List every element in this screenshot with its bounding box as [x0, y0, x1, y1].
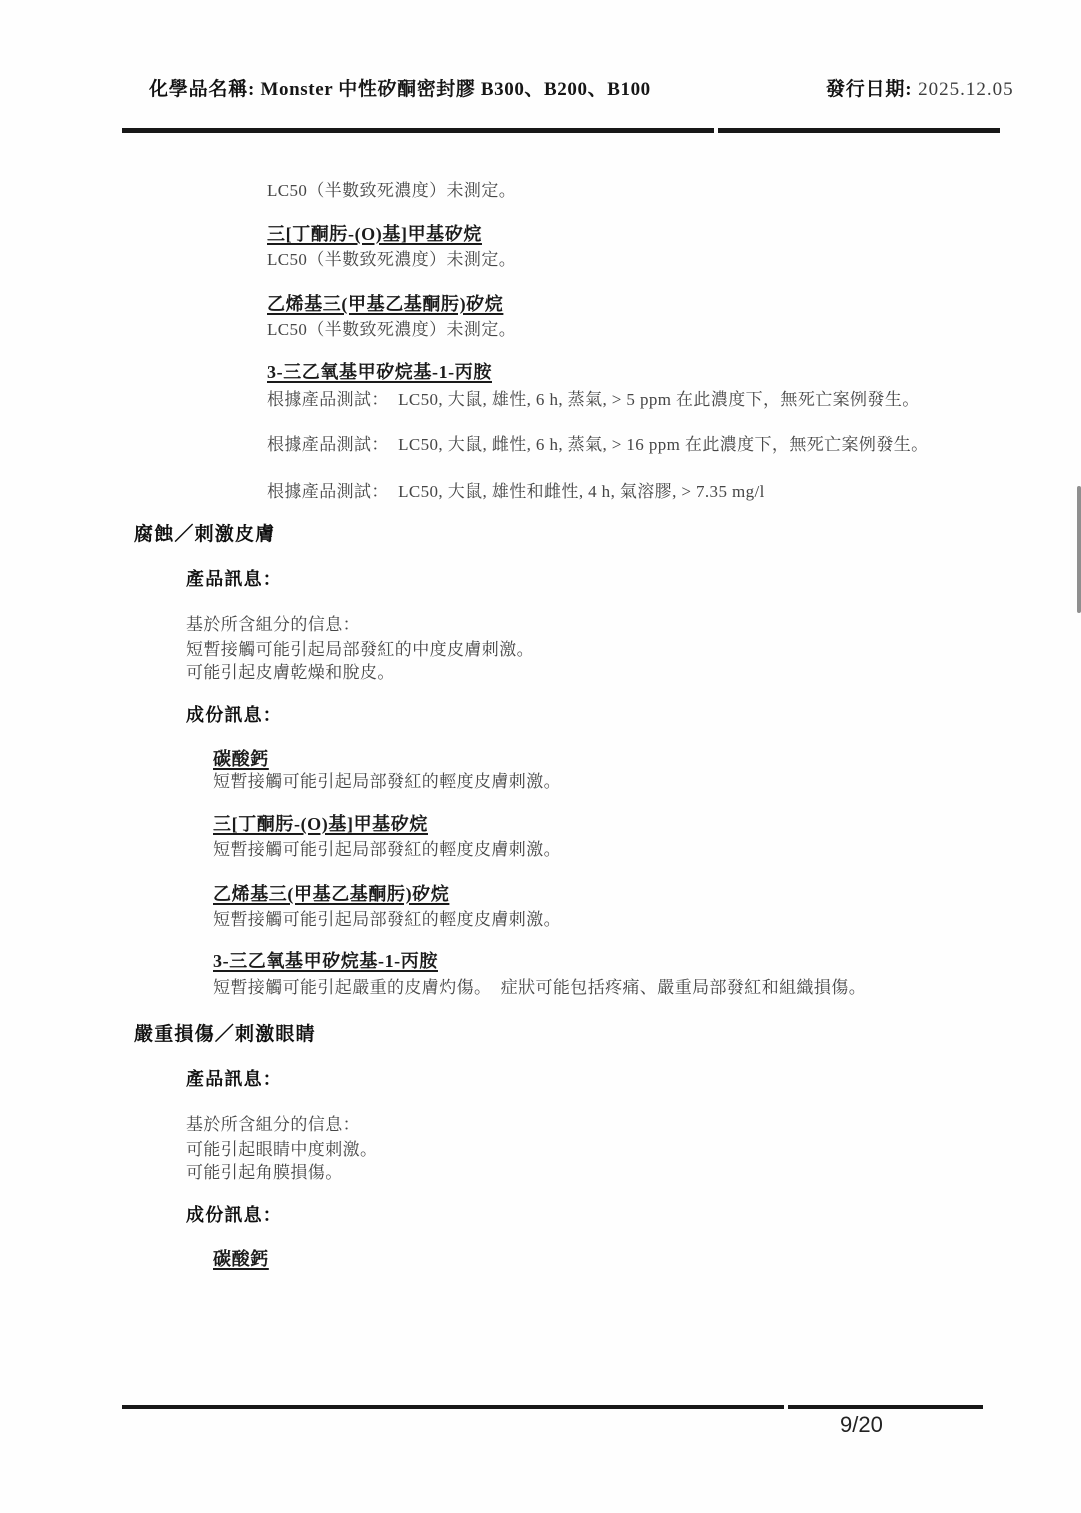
skin-component-effect: 短暫接觸可能引起局部發紅的輕度皮膚刺激。: [213, 840, 561, 860]
skin-component-effect: 短暫接觸可能引起局部發紅的輕度皮膚刺激。: [213, 772, 561, 792]
lc50-test-result-1: 根據產品測試： LC50, 大鼠, 雄性, 6 h, 蒸氣, > 5 ppm 在…: [267, 390, 920, 410]
skin-component-name-triethoxysilyl-propylamine: 3-三乙氧基甲矽烷基-1-丙胺: [213, 951, 438, 973]
skin-component-name-calcium-carbonate: 碳酸鈣: [213, 749, 269, 771]
eye-product-info-line: 可能引起眼睛中度刺激。: [186, 1140, 377, 1160]
lc50-not-determined-3: LC50（半數致死濃度）未測定。: [267, 320, 516, 340]
skin-component-name-butanone-oxime-silane: 三[丁酮肟-(O)基]甲基矽烷: [213, 814, 428, 836]
skin-product-info-label: 產品訊息：: [186, 569, 282, 591]
product-name-value: Monster 中性矽酮密封膠 B300、B200、B100: [261, 79, 651, 100]
footer-divider-right: [788, 1405, 983, 1409]
skin-product-info-line: 短暫接觸可能引起局部發紅的中度皮膚刺激。: [186, 640, 534, 660]
skin-component-name-vinyl-silane: 乙烯基三(甲基乙基酮肟)矽烷: [213, 884, 449, 906]
skin-product-info-line: 可能引起皮膚乾燥和脫皮。: [186, 663, 395, 683]
section-title-skin-corrosion: 腐蝕／刺激皮膚: [134, 524, 275, 547]
component-name-butanone-oxime-silane: 三[丁酮肟-(O)基]甲基矽烷: [267, 224, 482, 246]
header-issue-date-line: 發行日期: 2025.12.05: [810, 60, 1014, 121]
eye-product-info-label: 產品訊息：: [186, 1069, 282, 1091]
section-title-eye-damage: 嚴重損傷／刺激眼睛: [134, 1024, 316, 1047]
eye-ingredient-info-label: 成份訊息：: [186, 1205, 282, 1227]
product-name-label: 化學品名稱:: [149, 79, 255, 100]
skin-ingredient-info-label: 成份訊息：: [186, 705, 282, 727]
lc50-not-determined-2: LC50（半數致死濃度）未測定。: [267, 250, 516, 270]
header-divider-left: [122, 128, 714, 133]
header-divider-right: [718, 128, 1000, 133]
issue-date-label: 發行日期:: [826, 79, 912, 100]
footer-divider-left: [122, 1405, 784, 1409]
issue-date-value: 2025.12.05: [918, 79, 1014, 100]
eye-component-name-calcium-carbonate: 碳酸鈣: [213, 1249, 269, 1271]
page-number: 9/20: [840, 1412, 883, 1438]
skin-component-effect: 短暫接觸可能引起局部發紅的輕度皮膚刺激。: [213, 910, 561, 930]
lc50-not-determined-1: LC50（半數致死濃度）未測定。: [267, 181, 516, 201]
skin-component-effect: 短暫接觸可能引起嚴重的皮膚灼傷。 症狀可能包括疼痛、嚴重局部發紅和組織損傷。: [213, 978, 866, 998]
lc50-test-result-2: 根據產品測試： LC50, 大鼠, 雌性, 6 h, 蒸氣, > 16 ppm …: [267, 435, 929, 455]
eye-product-info-line: 可能引起角膜損傷。: [186, 1163, 343, 1183]
component-name-vinyl-silane: 乙烯基三(甲基乙基酮肟)矽烷: [267, 294, 503, 316]
eye-product-info-line: 基於所含組分的信息：: [186, 1115, 360, 1135]
sds-document-page: 化學品名稱: Monster 中性矽酮密封膠 B300、B200、B100 發行…: [0, 0, 1081, 1513]
skin-product-info-line: 基於所含組分的信息：: [186, 615, 360, 635]
vertical-scrollbar-thumb[interactable]: [1077, 486, 1081, 613]
lc50-test-result-3: 根據產品測試： LC50, 大鼠, 雄性和雌性, 4 h, 氣溶膠, > 7.3…: [267, 482, 765, 502]
header-product-line: 化學品名稱: Monster 中性矽酮密封膠 B300、B200、B100: [133, 60, 651, 121]
component-name-triethoxysilyl-propylamine: 3-三乙氧基甲矽烷基-1-丙胺: [267, 362, 492, 384]
